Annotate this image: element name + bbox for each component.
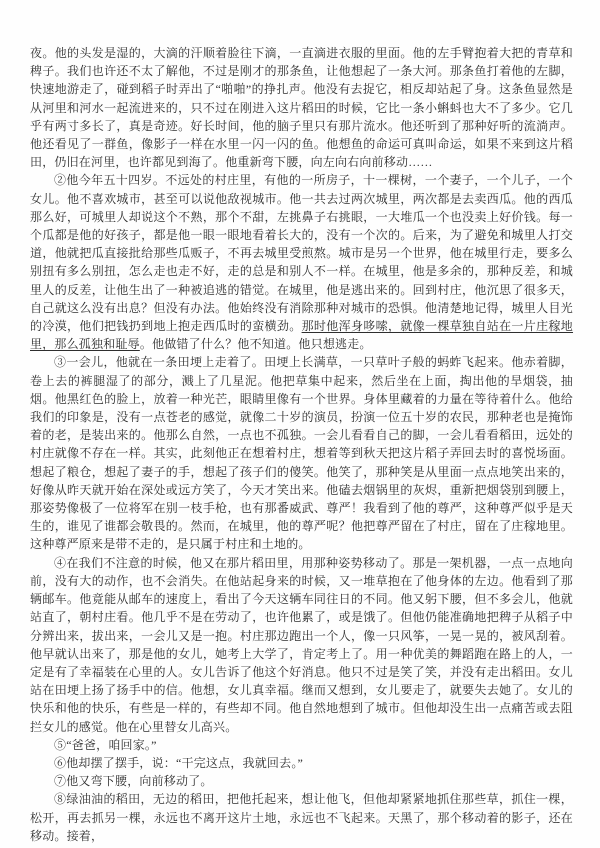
document-page: 夜。他的头发是湿的，大滴的汗顺着脸往下滴，一直滴进衣服的里面。他的左手臂抱着大把… — [0, 0, 600, 848]
text-segment: 夜。他的头发是湿的，大滴的汗顺着脸往下滴，一直滴进衣服的里面。他的左手臂抱着大把… — [30, 46, 573, 169]
paragraph: ⑧绿油油的稻田，无边的稻田，把他托起来，想让他飞，但他却紧紧地抓住那些草，抓住一… — [30, 790, 573, 845]
text-segment: ⑦他又弯下腰，向前移动了。 — [54, 774, 213, 788]
text-segment: ⑤“爸爸，咱回家。” — [54, 738, 157, 752]
text-segment: ③一会儿，他就在一条田埂上走着了。田埂上长满草，一只草叶子般的蚂蚱飞起来。他赤着… — [30, 355, 573, 551]
paragraph: ⑥他却摆了摆手，说：“干完这点，我就回去。” — [30, 754, 573, 772]
text-segment: ⑧绿油油的稻田，无边的稻田，把他托起来，想让他飞，但他却紧紧地抓住那些草，抓住一… — [30, 792, 573, 842]
text-segment: ④在我们不注意的时候，他又在那片稻田里，用那种姿势移动了。那是一架机器，一点一点… — [30, 556, 573, 734]
paragraph: 夜。他的头发是湿的，大滴的汗顺着脸往下滴，一直滴进衣服的里面。他的左手臂抱着大把… — [30, 44, 573, 171]
paragraph: ②他今年五十四岁。不远处的村庄里，有他的一所房子，十一棵树，一个妻子，一个儿子，… — [30, 171, 573, 353]
paragraph: ⑤“爸爸，咱回家。” — [30, 736, 573, 754]
document-text: 夜。他的头发是湿的，大滴的汗顺着脸往下滴，一直滴进衣服的里面。他的左手臂抱着大把… — [30, 44, 573, 845]
text-segment: ⑥他却摆了摆手，说：“干完这点，我就回去。” — [54, 756, 303, 770]
paragraph: ③一会儿，他就在一条田埂上走着了。田埂上长满草，一只草叶子般的蚂蚱飞起来。他赤着… — [30, 353, 573, 553]
text-segment: 。他做错了什么？他不知道。他只想逃走。 — [140, 337, 372, 351]
paragraph: ⑦他又弯下腰，向前移动了。 — [30, 772, 573, 790]
text-segment: ②他今年五十四岁。不远处的村庄里，有他的一所房子，十一棵树，一个妻子，一个儿子，… — [30, 173, 573, 333]
paragraph: ④在我们不注意的时候，他又在那片稻田里，用那种姿势移动了。那是一架机器，一点一点… — [30, 554, 573, 736]
